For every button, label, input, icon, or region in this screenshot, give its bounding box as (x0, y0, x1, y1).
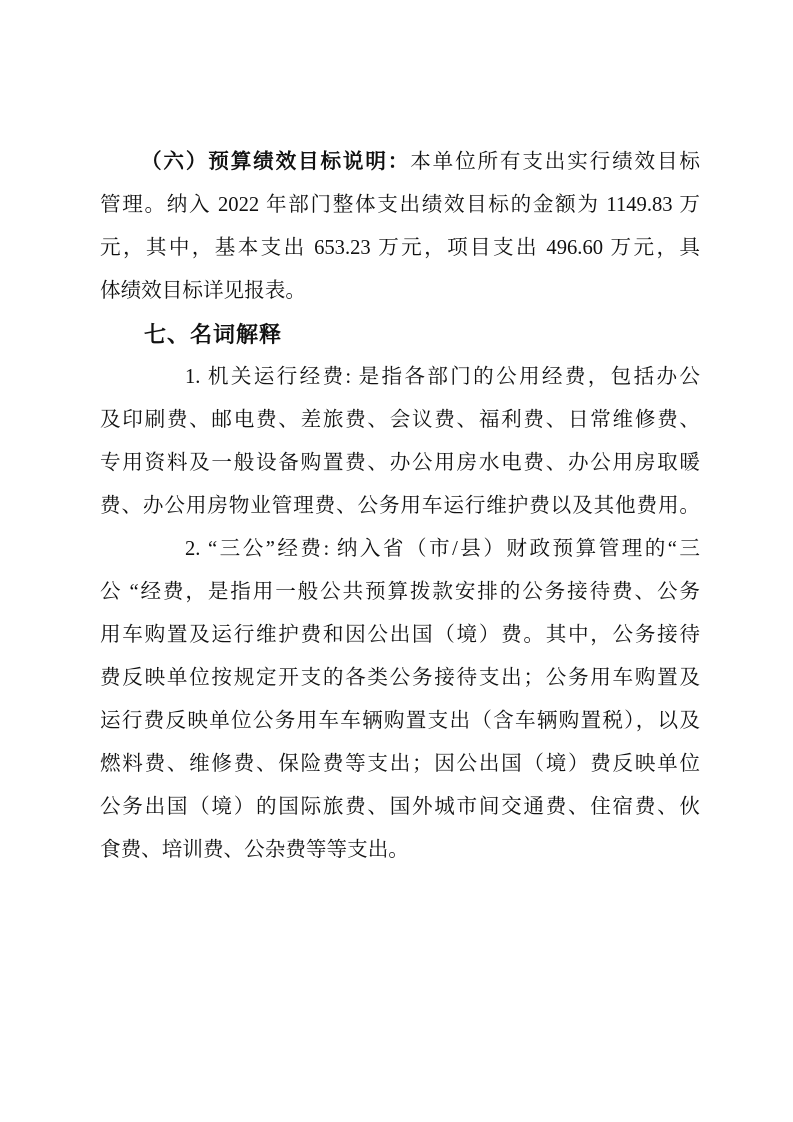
text-line: 2. “三公”经费: 纳入省（市/县）财政预算管理的“三 (100, 528, 700, 571)
text-line: 1. 机关运行经费: 是指各部门的公用经费，包括办公 (100, 356, 700, 399)
text-line: 公务出国（境）的国际旅费、国外城市间交通费、住宿费、伙 (100, 786, 700, 829)
text-line: （六）预算绩效目标说明：本单位所有支出实行绩效目标 (100, 141, 700, 184)
paragraph-text: 本单位所有支出实行绩效目标 (410, 151, 700, 173)
text-line: 运行费反映单位公务用车车辆购置支出（含车辆购置税），以及 (100, 700, 700, 743)
text-line: 费、办公用房物业管理费、公务用车运行维护费以及其他费用。 (100, 485, 700, 528)
text-line: 及印刷费、邮电费、差旅费、会议费、福利费、日常维修费、 (100, 399, 700, 442)
document-page: （六）预算绩效目标说明：本单位所有支出实行绩效目标 管理。纳入 2022 年部门… (0, 0, 793, 1122)
section-heading: 七、名词解释 (100, 313, 700, 356)
text-line: 公 “经费，是指用一般公共预算拨款安排的公务接待费、公务 (100, 571, 700, 614)
text-line: 元，其中，基本支出 653.23 万元，项目支出 496.60 万元，具 (100, 227, 700, 270)
document-content: （六）预算绩效目标说明：本单位所有支出实行绩效目标 管理。纳入 2022 年部门… (100, 141, 700, 872)
paragraph-bold-lead: （六）预算绩效目标说明： (141, 151, 410, 173)
text-line: 燃料费、维修费、保险费等支出；因公出国（境）费反映单位 (100, 743, 700, 786)
text-line: 体绩效目标详见报表。 (100, 270, 700, 313)
text-line: 用车购置及运行维护费和因公出国（境）费。其中，公务接待 (100, 614, 700, 657)
text-line: 专用资料及一般设备购置费、办公用房水电费、办公用房取暖 (100, 442, 700, 485)
text-line: 费反映单位按规定开支的各类公务接待支出；公务用车购置及 (100, 657, 700, 700)
text-line: 食费、培训费、公杂费等等支出。 (100, 829, 700, 872)
text-line: 管理。纳入 2022 年部门整体支出绩效目标的金额为 1149.83 万 (100, 184, 700, 227)
